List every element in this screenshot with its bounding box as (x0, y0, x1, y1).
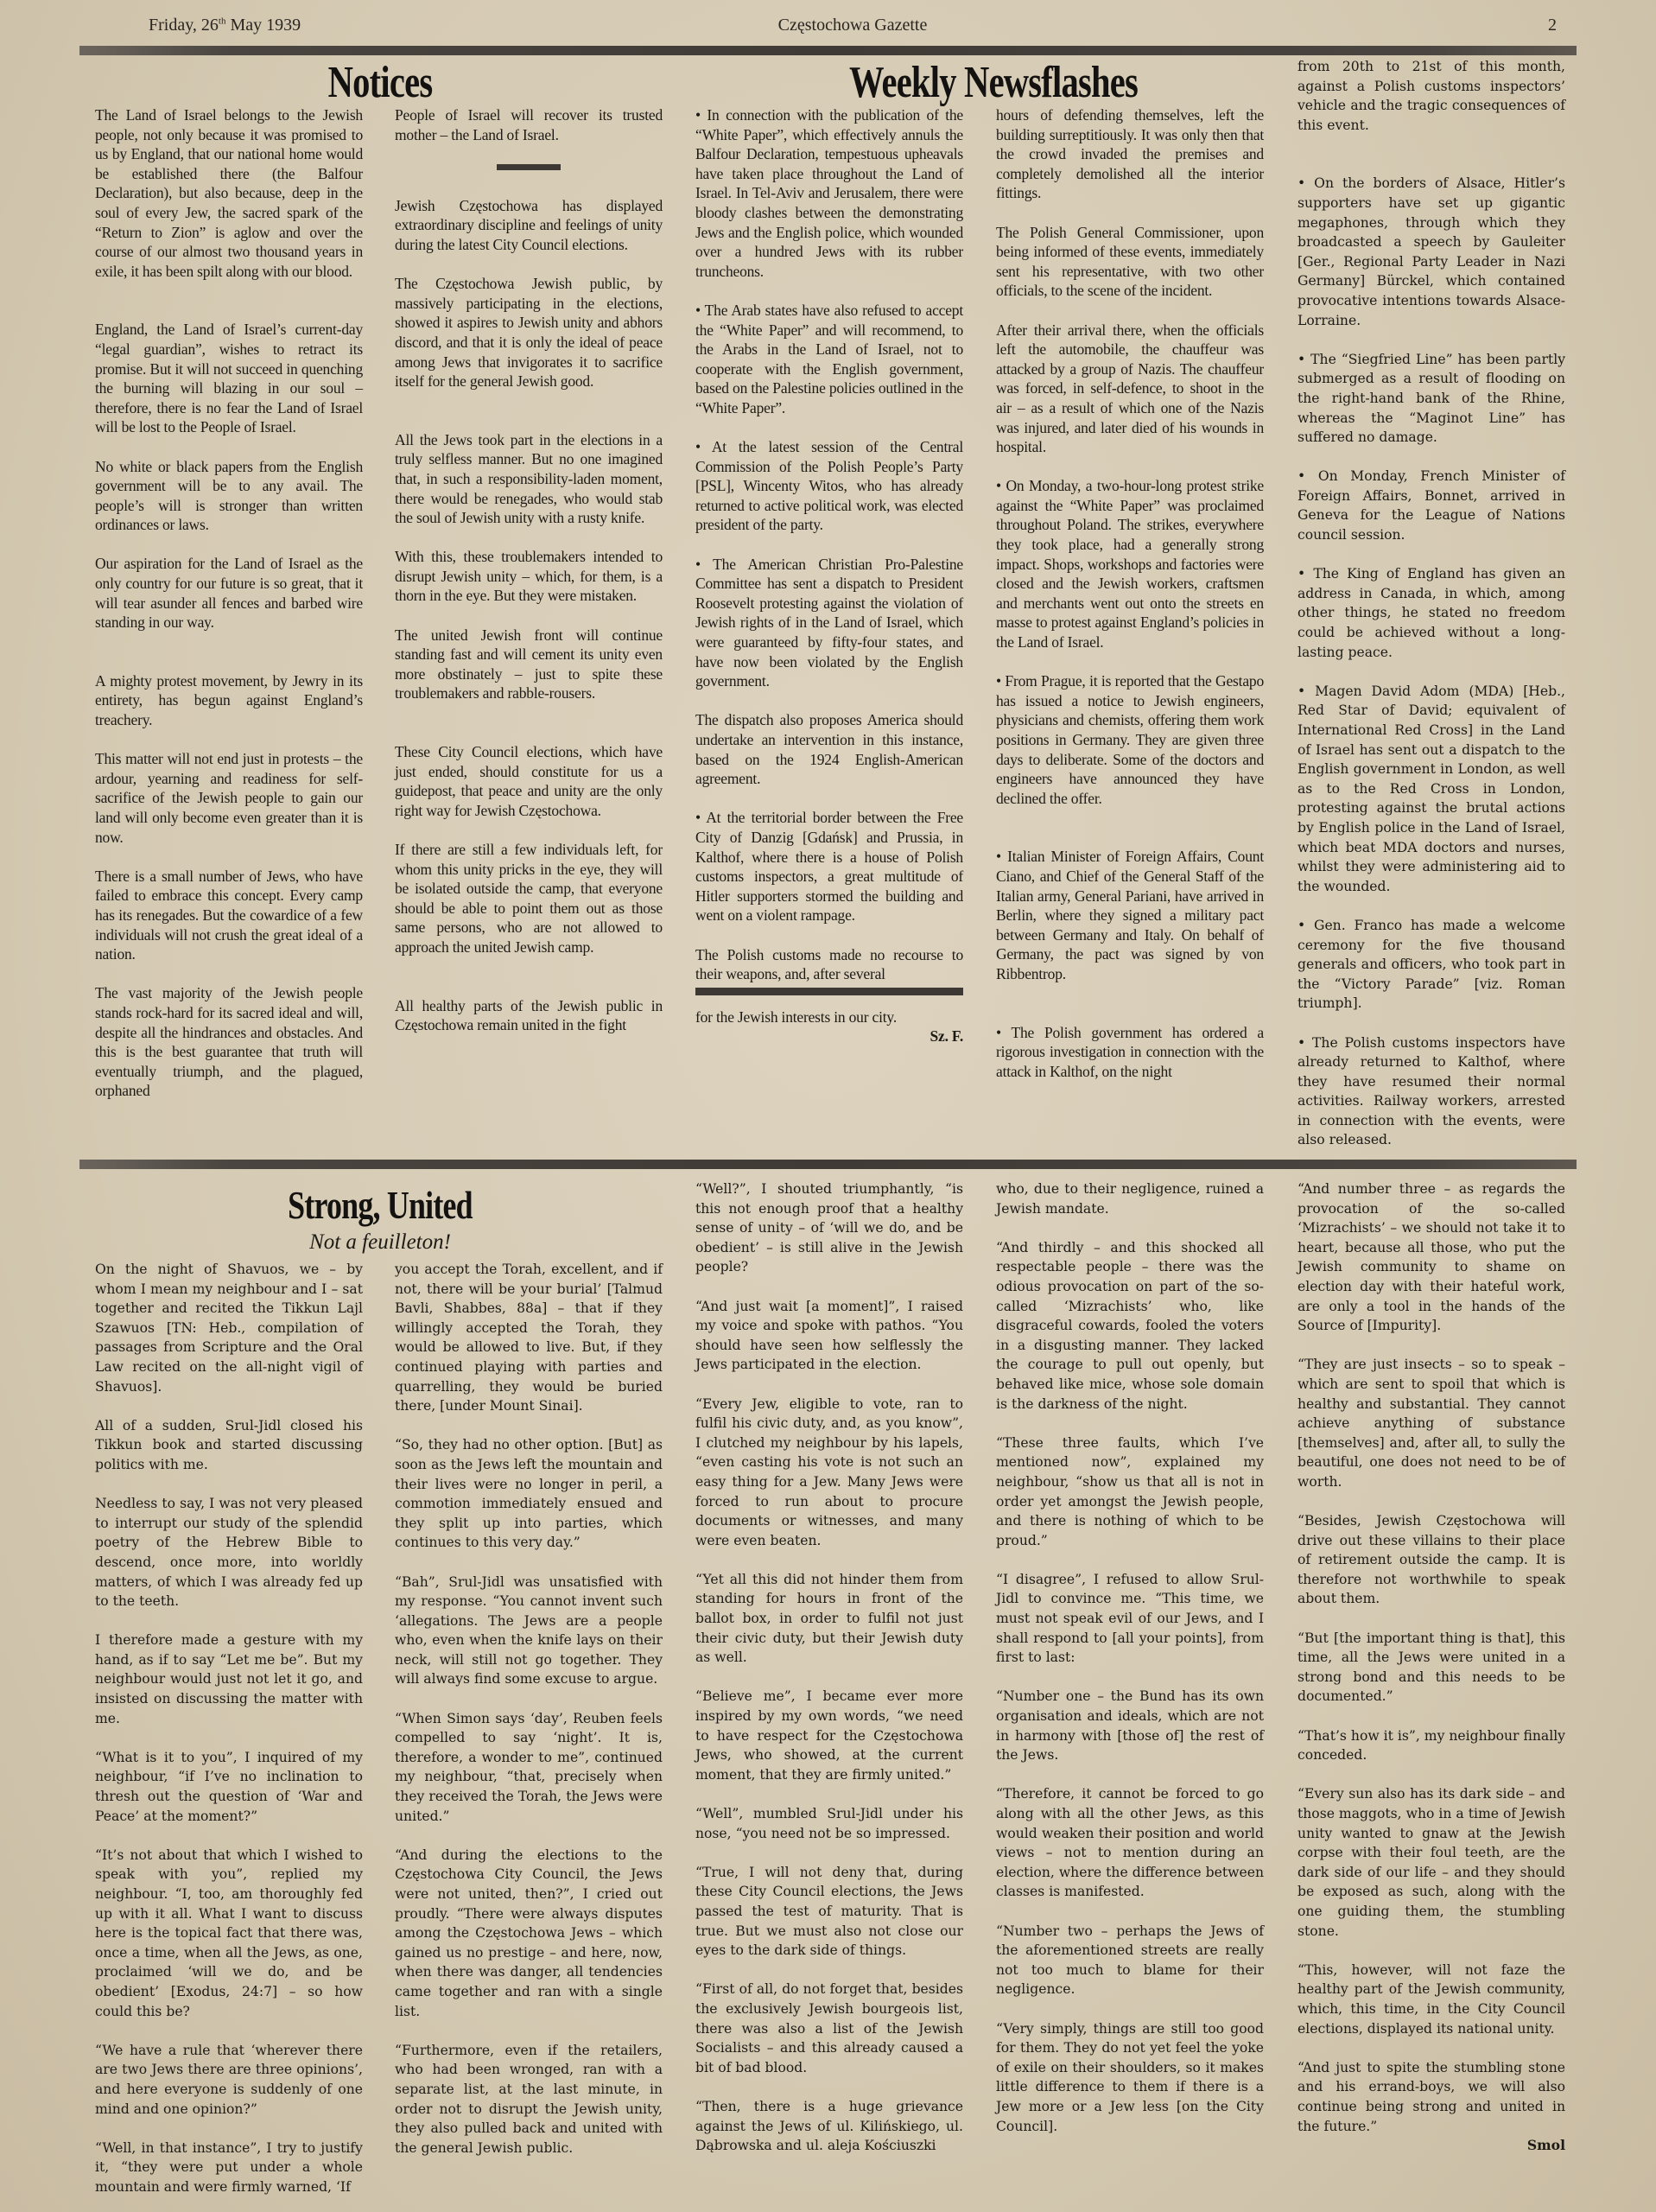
notices-column-2: People of Israel will recover its truste… (395, 105, 663, 1054)
news-item: After their arrival there, when the offi… (996, 321, 1264, 457)
notices-paragraph: A mighty protest movement, by Jewry in i… (95, 671, 363, 730)
news-item: • The King of England has given an addre… (1298, 564, 1565, 662)
news-item: hours of defending themselves, left the … (996, 105, 1264, 203)
page-number: 2 (1548, 16, 1557, 35)
article-subtitle: Not a feuilleton! (130, 1230, 631, 1255)
newsflashes-column-2: hours of defending themselves, left the … (996, 105, 1264, 1101)
newspaper-page: Friday, 26th May 1939 Częstochowa Gazett… (0, 0, 1656, 2212)
article-paragraph: “What is it to you”, I inquired of my ne… (95, 1748, 363, 1826)
notices-signature: Sz. F. (695, 1027, 963, 1046)
news-item: • The Arab states have also refused to a… (695, 301, 963, 418)
news-item: • The American Christian Pro-Palestine C… (695, 555, 963, 691)
notices-paragraph: No white or black papers from the Englis… (95, 457, 363, 535)
newsflashes-column-1: • In connection with the publication of … (695, 105, 963, 1046)
notices-paragraph: There is a small number of Jews, who hav… (95, 867, 363, 964)
notices-paragraph: Jewish Częstochowa has displayed extraor… (395, 196, 663, 255)
publication-name: Częstochowa Gazette (149, 16, 1557, 35)
article-title: Strong, United (185, 1182, 575, 1228)
article-paragraph: “That’s how it is”, my neighbour finally… (1298, 1726, 1565, 1765)
article-paragraph: “First of all, do not forget that, besid… (695, 1980, 963, 2077)
article-paragraph: “Well?”, I shouted triumphantly, “is thi… (695, 1179, 963, 1277)
notices-paragraph: The vast majority of the Jewish people s… (95, 983, 363, 1101)
notices-paragraph: The united Jewish front will continue st… (395, 626, 663, 703)
article-paragraph: On the night of Shavuos, we – by whom I … (95, 1260, 363, 1396)
section-divider (79, 1160, 1577, 1169)
notices-paragraph: All the Jews took part in the elections … (395, 430, 663, 528)
page-header: Friday, 26th May 1939 Częstochowa Gazett… (149, 16, 1557, 41)
news-item: • On the borders of Alsace, Hitler’s sup… (1298, 174, 1565, 330)
article-paragraph: “Yet all this did not hinder them from s… (695, 1570, 963, 1668)
notices-paragraph: If there are still a few individuals lef… (395, 840, 663, 957)
article-paragraph: “Number two – perhaps the Jews of the af… (996, 1922, 1264, 1999)
article-paragraph: “Very simply, things are still too good … (996, 2019, 1264, 2137)
notices-section-divider (497, 164, 561, 170)
notices-paragraph: England, the Land of Israel’s current-da… (95, 320, 363, 437)
column-end-divider (695, 988, 963, 995)
article-paragraph: “When Simon says ‘day’, Reuben feels com… (395, 1709, 663, 1827)
article-paragraph: you accept the Torah, excellent, and if … (395, 1260, 663, 1416)
news-item: The Polish customs made no recourse to t… (695, 945, 963, 984)
article-signature: Smol (1298, 2136, 1565, 2156)
article-column-1: On the night of Shavuos, we – by whom I … (95, 1260, 363, 2212)
article-paragraph: “Number one – the Bund has its own organ… (996, 1687, 1264, 1764)
article-paragraph: “True, I will not deny that, during thes… (695, 1863, 963, 1961)
article-paragraph: “Well, in that instance”, I try to justi… (95, 2139, 363, 2197)
article-paragraph: “Believe me”, I became ever more inspire… (695, 1687, 963, 1784)
article-paragraph: “And just to spite the stumbling stone a… (1298, 2058, 1565, 2136)
news-item: from 20th to 21st of this month, against… (1298, 57, 1565, 135)
notices-paragraph: The Land of Israel belongs to the Jewish… (95, 105, 363, 281)
article-paragraph: “So, they had no other option. [But] as … (395, 1435, 663, 1553)
article-paragraph: who, due to their negligence, ruined a J… (996, 1179, 1264, 1218)
news-item: • Magen David Adom (MDA) [Heb., Red Star… (1298, 682, 1565, 897)
notices-paragraph: All healthy parts of the Jewish public i… (395, 996, 663, 1035)
article-paragraph: “Then, there is a huge grievance against… (695, 2097, 963, 2156)
news-item: • On Monday, a two-hour-long protest str… (996, 476, 1264, 652)
news-item: • On Monday, French Minister of Foreign … (1298, 467, 1565, 544)
news-item: • The Polish government has ordered a ri… (996, 1023, 1264, 1082)
article-paragraph: I therefore made a gesture with my hand,… (95, 1630, 363, 1728)
article-paragraph: “And thirdly – and this shocked all resp… (996, 1238, 1264, 1414)
article-paragraph: “And during the elections to the Częstoc… (395, 1846, 663, 2021)
notices-paragraph: With this, these troublemakers intended … (395, 547, 663, 606)
news-item: The dispatch also proposes America shoul… (695, 710, 963, 788)
newsflashes-column-3: from 20th to 21st of this month, against… (1298, 57, 1565, 1170)
newsflashes-title: Weekly Newsflashes (777, 57, 1209, 108)
article-paragraph: “And just wait [a moment]”, I raised my … (695, 1297, 963, 1375)
article-paragraph: “Furthermore, even if the retailers, who… (395, 2041, 663, 2158)
article-column-5: “And number three – as regards the provo… (1298, 1179, 1565, 2175)
article-column-3: “Well?”, I shouted triumphantly, “is thi… (695, 1179, 963, 2175)
article-column-4: who, due to their negligence, ruined a J… (996, 1179, 1264, 2156)
notices-title: Notices (185, 57, 575, 108)
notices-paragraph: Our aspiration for the Land of Israel as… (95, 554, 363, 632)
news-item: • From Prague, it is reported that the G… (996, 671, 1264, 808)
article-paragraph: “They are just insects – so to speak – w… (1298, 1355, 1565, 1491)
article-column-2: you accept the Torah, excellent, and if … (395, 1260, 663, 2177)
article-paragraph: “This, however, will not faze the health… (1298, 1961, 1565, 2038)
article-paragraph: “We have a rule that ‘wherever there are… (95, 2041, 363, 2119)
article-paragraph: “And number three – as regards the provo… (1298, 1179, 1565, 1336)
news-item: • The “Siegfried Line” has been partly s… (1298, 350, 1565, 448)
notices-column-1: The Land of Israel belongs to the Jewish… (95, 105, 363, 1121)
article-paragraph: “It’s not about that which I wished to s… (95, 1846, 363, 2021)
news-item: • In connection with the publication of … (695, 105, 963, 281)
article-paragraph: “Therefore, it cannot be forced to go al… (996, 1784, 1264, 1902)
notices-paragraph: These City Council elections, which have… (395, 742, 663, 820)
notices-closing-line: for the Jewish interests in our city. (695, 1007, 963, 1027)
news-item: • Gen. Franco has made a welcome ceremon… (1298, 916, 1565, 1014)
article-paragraph: “I disagree”, I refused to allow Srul-Ji… (996, 1570, 1264, 1668)
news-item: • The Polish customs inspectors have alr… (1298, 1033, 1565, 1151)
top-divider (79, 46, 1577, 55)
notices-paragraph: This matter will not end just in protest… (95, 749, 363, 847)
news-item: • At the territorial border between the … (695, 808, 963, 925)
article-paragraph: “Well”, mumbled Srul-Jidl under his nose… (695, 1804, 963, 1843)
article-paragraph: “Every sun also has its dark side – and … (1298, 1784, 1565, 1941)
news-item: • Italian Minister of Foreign Affairs, C… (996, 847, 1264, 983)
news-item: • At the latest session of the Central C… (695, 437, 963, 535)
article-paragraph: “Bah”, Srul-Jidl was unsatisfied with my… (395, 1573, 663, 1690)
article-paragraph: “These three faults, which I’ve mentione… (996, 1433, 1264, 1551)
notices-paragraph: People of Israel will recover its truste… (395, 105, 663, 144)
article-paragraph: Needless to say, I was not very pleased … (95, 1494, 363, 1611)
article-paragraph: “But [the important thing is that], this… (1298, 1629, 1565, 1707)
news-item: The Polish General Commissioner, upon be… (996, 223, 1264, 301)
notices-paragraph: The Częstochowa Jewish public, by massiv… (395, 274, 663, 391)
article-paragraph: All of a sudden, Srul-Jidl closed his Ti… (95, 1416, 363, 1475)
article-paragraph: “Every Jew, eligible to vote, ran to ful… (695, 1395, 963, 1551)
article-paragraph: “Besides, Jewish Częstochowa will drive … (1298, 1511, 1565, 1609)
